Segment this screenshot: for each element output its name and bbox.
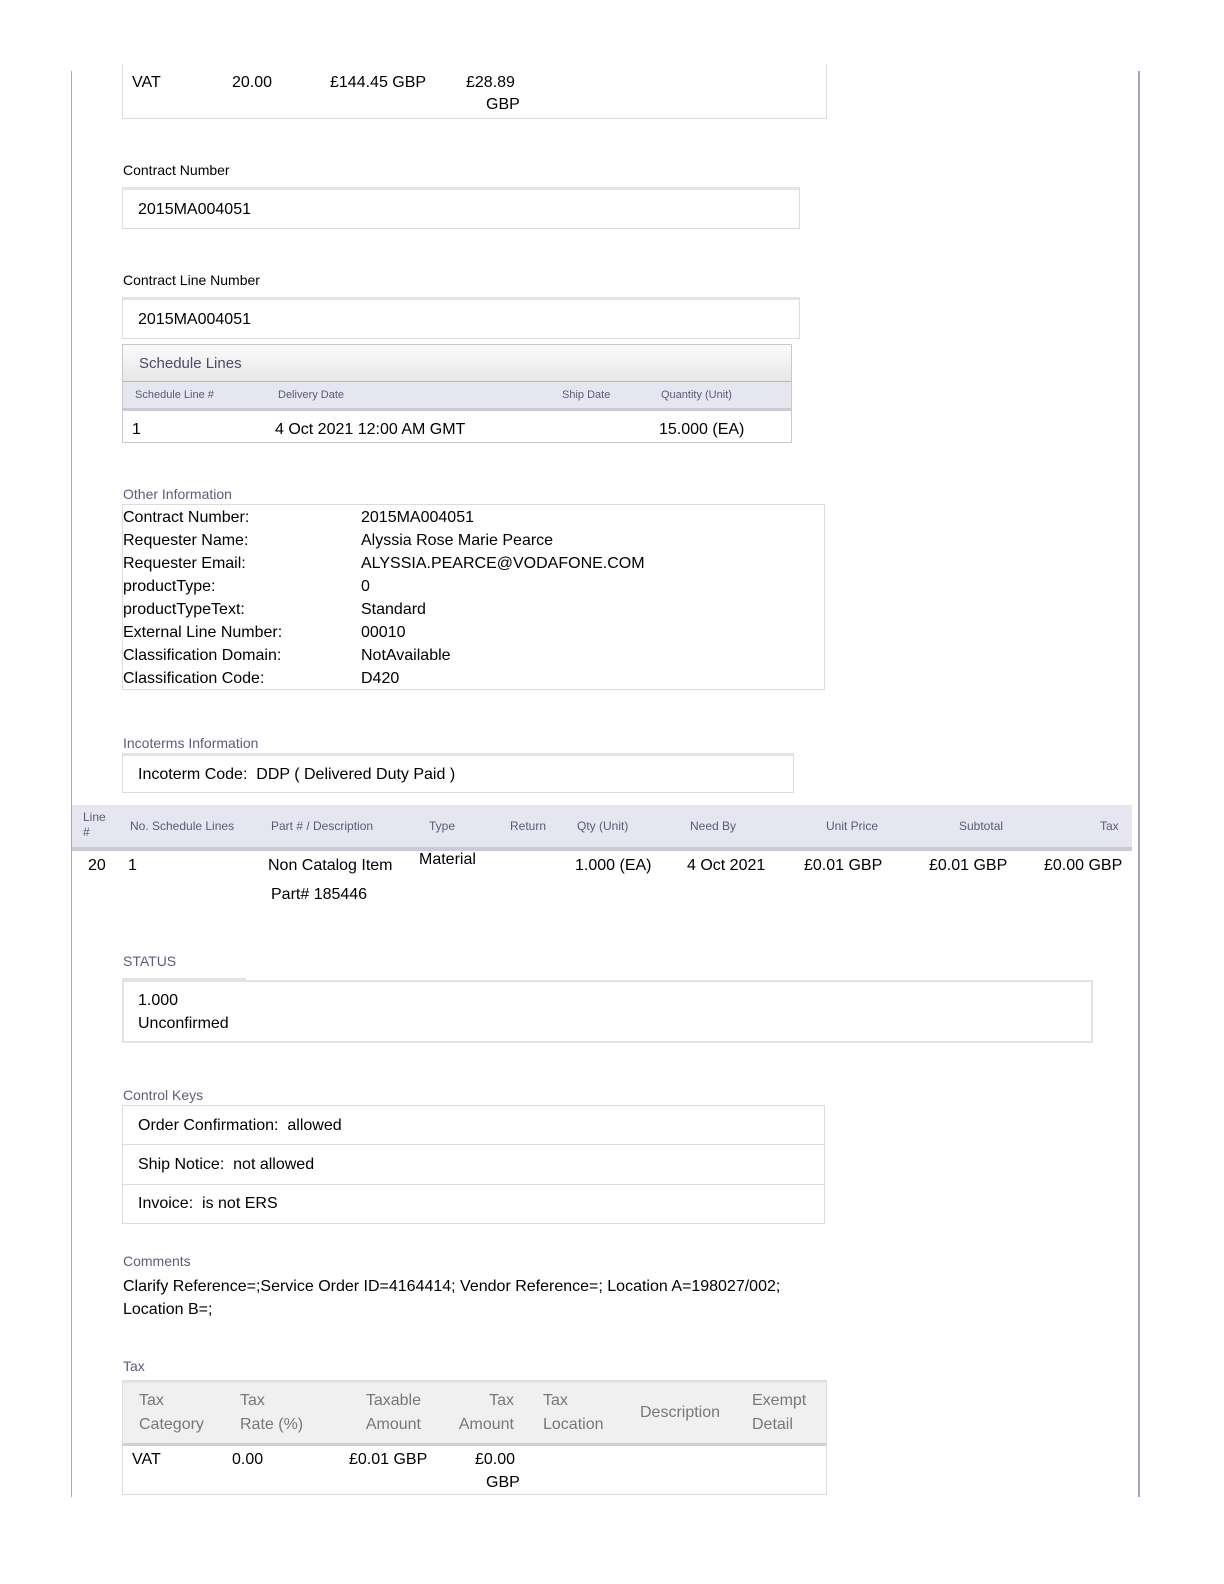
control-key-text: Ship Notice: not allowed xyxy=(138,1156,314,1174)
info-value: 00010 xyxy=(361,624,406,642)
info-value: Alyssia Rose Marie Pearce xyxy=(361,532,553,550)
schedule-lines-table: Schedule Lines Schedule Line # Delivery … xyxy=(122,344,792,443)
col-tax-amount: TaxAmount xyxy=(456,1389,514,1437)
status-box: 1.000 Unconfirmed xyxy=(122,980,1093,1043)
info-label: productTypeText: xyxy=(123,601,245,619)
col-type: Type xyxy=(429,819,455,833)
line-items-header: Line # No. Schedule Lines Part # / Descr… xyxy=(72,805,1132,851)
col-line-hash: # xyxy=(83,825,90,839)
control-key-text: Order Confirmation: allowed xyxy=(138,1117,342,1135)
col-taxable-amount: TaxableAmount xyxy=(359,1389,421,1437)
col-subtotal: Subtotal xyxy=(959,819,1003,833)
col-tax-rate: TaxRate (%) xyxy=(240,1389,303,1437)
status-state: Unconfirmed xyxy=(138,1015,229,1033)
delivery-date: 4 Oct 2021 12:00 AM GMT xyxy=(275,421,465,439)
info-label: Requester Email: xyxy=(123,555,246,573)
col-delivery-date: Delivery Date xyxy=(278,389,344,401)
info-value: 0 xyxy=(361,578,370,596)
schedule-lines-title: Schedule Lines xyxy=(139,355,242,372)
tax-category: VAT xyxy=(132,74,161,92)
info-label: Requester Name: xyxy=(123,532,248,550)
col-qty: Qty (Unit) xyxy=(577,819,628,833)
contract-line-number-field: 2015MA004051 xyxy=(122,297,800,339)
col-exempt-detail: ExemptDetail xyxy=(752,1389,806,1437)
part-number: Part# 185446 xyxy=(271,886,367,904)
control-key-ship-notice: Ship Notice: not allowed xyxy=(122,1144,825,1185)
col-part-description: Part # / Description xyxy=(271,819,373,833)
tax-rate: 0.00 xyxy=(232,1451,263,1469)
page-frame-left-border xyxy=(71,71,72,1497)
item-description: Non Catalog Item xyxy=(268,857,393,875)
item-type: Material xyxy=(419,851,476,869)
contract-line-number-label: Contract Line Number xyxy=(123,272,260,288)
control-keys-title: Control Keys xyxy=(123,1087,203,1103)
control-key-text: Invoice: is not ERS xyxy=(138,1195,278,1213)
schedule-lines-header: Schedule Lines xyxy=(123,345,791,382)
taxable-amount: £0.01 GBP xyxy=(349,1451,427,1469)
item-qty: 1.000 (EA) xyxy=(575,857,651,875)
quantity: 15.000 (EA) xyxy=(659,421,744,439)
col-ship-date: Ship Date xyxy=(562,389,610,401)
other-information-box: Contract Number:2015MA004051 Requester N… xyxy=(122,504,825,690)
line-number: 20 xyxy=(88,857,106,875)
col-description: Description xyxy=(640,1401,720,1425)
schedule-lines-count: 1 xyxy=(128,857,137,875)
col-need-by: Need By xyxy=(690,819,736,833)
tax-rate: 20.00 xyxy=(232,74,272,92)
info-label: productType: xyxy=(123,578,216,596)
schedule-line-number: 1 xyxy=(132,421,141,439)
previous-tax-table-row: VAT 20.00 £144.45 GBP £28.89 GBP xyxy=(122,64,827,119)
page-frame-right-border xyxy=(1138,71,1140,1497)
comments-title: Comments xyxy=(123,1253,191,1269)
col-tax-location: TaxLocation xyxy=(543,1389,604,1437)
info-value: D420 xyxy=(361,670,399,688)
info-value: Standard xyxy=(361,601,426,619)
contract-number-label: Contract Number xyxy=(123,162,230,178)
item-unit-price: £0.01 GBP xyxy=(804,857,882,875)
tax-title: Tax xyxy=(123,1358,145,1374)
info-label: External Line Number: xyxy=(123,624,282,642)
contract-number-field: 2015MA004051 xyxy=(122,187,800,229)
col-line: Line xyxy=(83,810,106,824)
col-tax: Tax xyxy=(1100,819,1119,833)
info-value: ALYSSIA.PEARCE@VODAFONE.COM xyxy=(361,555,645,573)
info-label: Classification Code: xyxy=(123,670,264,688)
tax-table-header: TaxCategory TaxRate (%) TaxableAmount Ta… xyxy=(123,1381,826,1446)
item-subtotal: £0.01 GBP xyxy=(929,857,1007,875)
col-quantity: Quantity (Unit) xyxy=(661,389,732,401)
item-need-by: 4 Oct 2021 xyxy=(687,857,765,875)
comments-text-line1: Clarify Reference=;Service Order ID=4164… xyxy=(123,1278,780,1296)
control-key-invoice: Invoice: is not ERS xyxy=(122,1184,825,1224)
taxable-amount: £144.45 GBP xyxy=(330,74,426,92)
tax-amount: £0.00 xyxy=(475,1451,515,1469)
item-tax: £0.00 GBP xyxy=(1044,857,1122,875)
comments-text-line2: Location B=; xyxy=(123,1301,212,1319)
incoterms-title: Incoterms Information xyxy=(123,735,258,751)
info-value: NotAvailable xyxy=(361,647,451,665)
col-return: Return xyxy=(510,819,546,833)
col-schedule-lines: No. Schedule Lines xyxy=(130,819,234,833)
info-label: Contract Number: xyxy=(123,509,249,527)
status-quantity: 1.000 xyxy=(138,992,178,1010)
incoterms-box: Incoterm Code: DDP ( Delivered Duty Paid… xyxy=(122,753,794,793)
contract-line-number-value: 2015MA004051 xyxy=(138,311,251,329)
col-unit-price: Unit Price xyxy=(826,819,878,833)
status-title: STATUS xyxy=(123,953,176,969)
contract-number-value: 2015MA004051 xyxy=(138,201,251,219)
tax-table: TaxCategory TaxRate (%) TaxableAmount Ta… xyxy=(122,1380,827,1495)
control-key-order-confirmation: Order Confirmation: allowed xyxy=(122,1105,825,1145)
schedule-lines-column-headers: Schedule Line # Delivery Date Ship Date … xyxy=(123,382,791,411)
tax-amount: £28.89 xyxy=(466,74,515,92)
tax-amount-currency: GBP xyxy=(486,96,520,114)
other-information-title: Other Information xyxy=(123,486,232,502)
col-tax-category: TaxCategory xyxy=(139,1389,204,1437)
tax-category: VAT xyxy=(132,1451,161,1469)
info-value: 2015MA004051 xyxy=(361,509,474,527)
incoterm-code: Incoterm Code: DDP ( Delivered Duty Paid… xyxy=(138,766,455,784)
info-label: Classification Domain: xyxy=(123,647,281,665)
tax-amount-currency: GBP xyxy=(486,1474,520,1492)
col-schedule-line: Schedule Line # xyxy=(135,389,214,401)
